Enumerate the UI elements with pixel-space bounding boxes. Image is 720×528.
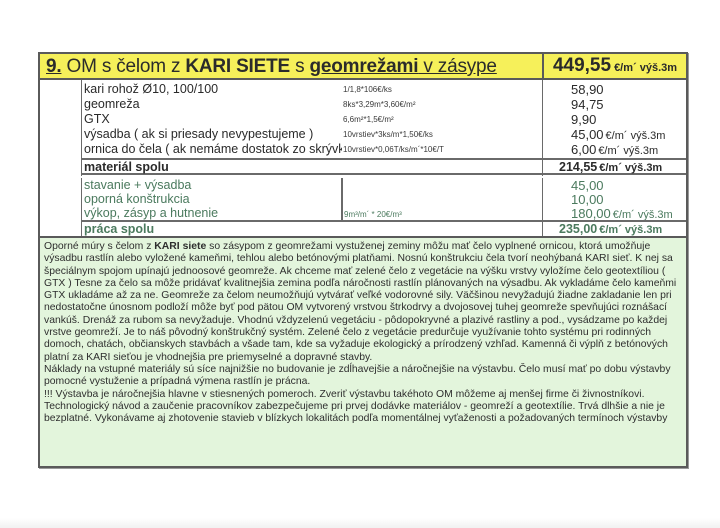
- row-spacer: [40, 178, 82, 236]
- item-title: 9. OM s čelom z KARI SIETE s geomrežami …: [46, 56, 497, 78]
- title-part: v zásype: [418, 56, 496, 77]
- labour-label: výkop, zásyp a hutnenie: [84, 206, 218, 220]
- value-number: 214,55: [559, 160, 597, 174]
- labour-total-row: práca spolu 235,00€/m´ výš.3m: [82, 220, 686, 237]
- material-value: 58,90: [542, 83, 686, 97]
- title-part-kari: KARI SIETE: [185, 56, 290, 77]
- title-part-geomreze: geomrežami: [309, 56, 418, 77]
- labour-total-value: 235,00€/m´ výš.3m: [542, 222, 686, 237]
- calc-cell-divider: [341, 178, 343, 220]
- value-unit: €/m´ výš.3m: [606, 130, 666, 142]
- materials-total-value: 214,55€/m´ výš.3m: [542, 160, 686, 173]
- material-label: geomreža: [84, 97, 140, 111]
- material-label: kari rohož Ø10, 100/100: [84, 82, 218, 96]
- total-price-value: 449,55: [553, 55, 611, 76]
- total-price-unit: €/m´ výš.3m: [614, 62, 677, 74]
- price-sheet: 9. OM s čelom z KARI SIETE s geomrežami …: [38, 52, 688, 468]
- value-number: 10,00: [571, 192, 604, 207]
- materials-total-label: materiál spolu: [84, 160, 169, 174]
- material-value: 94,75: [542, 98, 686, 112]
- material-label: GTX: [84, 112, 110, 126]
- materials-section: kari rohož Ø10, 100/100 1/1,8*106€/ks 58…: [40, 80, 686, 176]
- desc-text: so zásypom z geomrežami vystuženej zemin…: [44, 241, 676, 363]
- title-row: 9. OM s čelom z KARI SIETE s geomrežami …: [40, 54, 686, 80]
- material-calc: 1/1,8*106€/ks: [343, 83, 392, 97]
- labour-value: 45,00: [542, 179, 686, 193]
- value-number: 94,75: [571, 97, 604, 112]
- description-paragraph-1: Oporné múry s čelom z KARI siete so zásy…: [44, 241, 682, 364]
- material-calc: 6,6m²*1,5€/m²: [343, 113, 394, 127]
- labour-section: stavanie + výsadba 45,00 oporná konštruk…: [40, 178, 686, 236]
- page-edge: [0, 518, 720, 528]
- value-number: 235,00: [559, 222, 597, 236]
- desc-text: Oporné múry s čelom z: [44, 241, 154, 252]
- value-unit: €/m´ výš.3m: [599, 224, 662, 236]
- description-paragraph-3: !!! Výstavba je náročnejšia hlavne v sti…: [44, 389, 682, 426]
- value-number: 6,00: [571, 142, 596, 157]
- material-value: 45,00€/m´ výš.3m: [542, 128, 686, 143]
- row-spacer: [40, 80, 82, 176]
- description-paragraph-2: Náklady na vstupné materiály sú síce naj…: [44, 364, 682, 389]
- value-number: 180,00: [571, 206, 611, 221]
- description-box: Oporné múry s čelom z KARI siete so zásy…: [40, 236, 686, 466]
- material-calc: 10vrstiev*3ks/m*1,50€/ks: [343, 128, 433, 142]
- material-value: 9,90: [542, 113, 686, 127]
- materials-total-row: materiál spolu 214,55€/m´ výš.3m: [82, 158, 686, 175]
- value-number: 9,90: [571, 112, 596, 127]
- item-number: 9.: [46, 56, 61, 77]
- value-number: 58,90: [571, 82, 604, 97]
- title-part: OM s čelom z: [67, 56, 186, 77]
- labour-value: 10,00: [542, 193, 686, 207]
- value-number: 45,00: [571, 178, 604, 193]
- total-price: 449,55€/m´ výš.3m: [542, 54, 686, 78]
- material-calc: 10vrstiev*0,06T/ks/m´*10€/T: [343, 143, 444, 157]
- value-unit: €/m´ výš.3m: [599, 162, 662, 174]
- material-value: 6,00€/m´ výš.3m: [542, 143, 686, 158]
- material-label: ornica do čela ( ak nemáme dostatok zo s…: [84, 142, 342, 156]
- labour-total-label: práca spolu: [84, 222, 154, 236]
- labour-label: stavanie + výsadba: [84, 178, 191, 192]
- value-number: 45,00: [571, 127, 604, 142]
- value-unit: €/m´ výš.3m: [598, 145, 658, 157]
- title-part: s: [290, 56, 309, 77]
- material-calc: 8ks*3,29m*3,60€/m²: [343, 98, 415, 112]
- material-label: výsadba ( ak si priesady nevypestujeme ): [84, 127, 313, 141]
- desc-text-bold: KARI siete: [154, 241, 206, 252]
- labour-label: oporná konštrukcia: [84, 192, 190, 206]
